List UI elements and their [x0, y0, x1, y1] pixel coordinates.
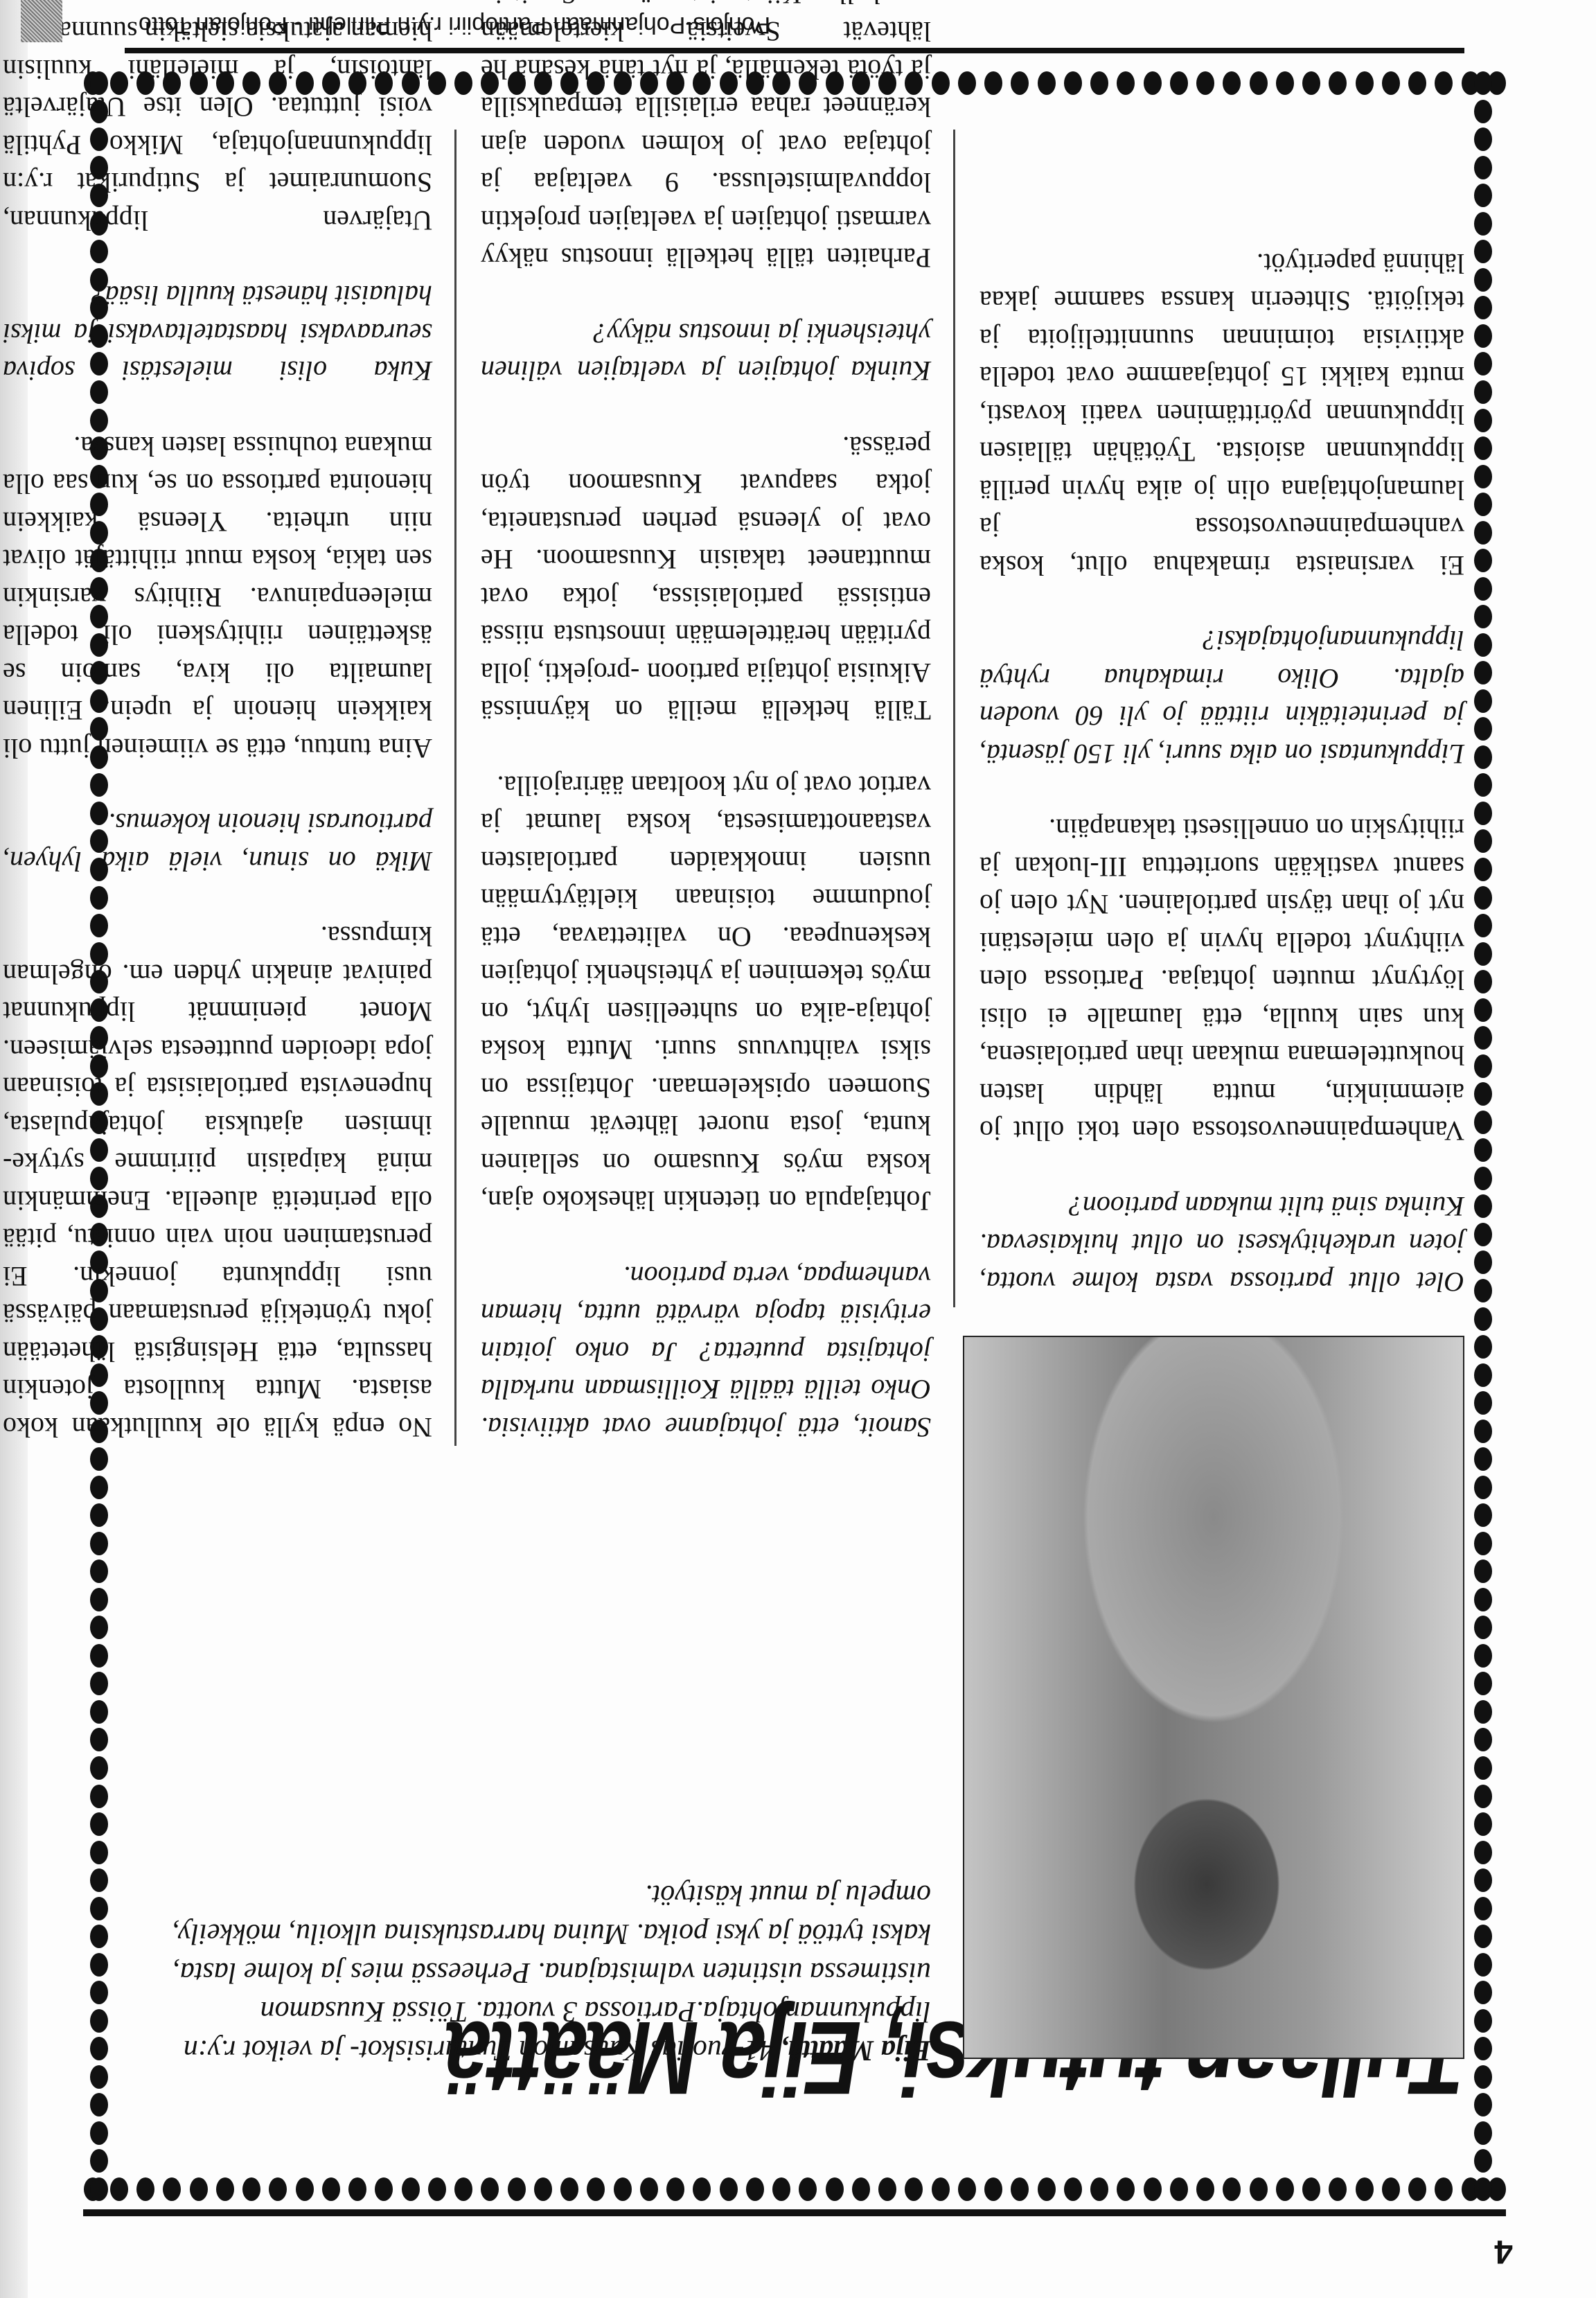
border-dot [1474, 1391, 1492, 1415]
article-intro: Eija Määttä, 41-vuotias Kuusamon Tunturi… [141, 1875, 931, 2069]
border-dot [190, 2177, 208, 2201]
border-dot [1382, 2177, 1400, 2201]
border-dot [1302, 71, 1320, 95]
border-dot [90, 1729, 108, 1752]
border-dot [984, 2177, 1002, 2201]
border-dot [1276, 2177, 1294, 2201]
border-dot [1474, 1616, 1492, 1639]
border-dot [375, 2177, 393, 2201]
border-dot [1474, 436, 1492, 460]
border-dot [1474, 1897, 1492, 1920]
border-dot [1329, 71, 1347, 95]
border-dot [348, 2177, 366, 2201]
interview-answer: Vanhempainneuvostossa olen toki ollut jo… [979, 810, 1464, 1150]
border-dot [1474, 914, 1492, 937]
border-dot [1117, 2177, 1135, 2201]
border-dot [1474, 1841, 1492, 1864]
border-dot [1170, 2177, 1188, 2201]
border-dot [1474, 1588, 1492, 1611]
border-dot [1474, 1953, 1492, 1977]
border-dot [1474, 268, 1492, 292]
border-dot [1474, 2149, 1492, 2173]
border-dot [1038, 71, 1056, 95]
border-dot [90, 1700, 108, 1724]
border-dot [1474, 156, 1492, 179]
border-dot [1474, 521, 1492, 545]
border-dot [1090, 71, 1108, 95]
border-dot [1474, 858, 1492, 881]
dotted-border-top [83, 2177, 1506, 2201]
border-dot [984, 71, 1002, 95]
interview-answer: Ei varsinaista rimakahua ollut, koska va… [979, 245, 1464, 585]
border-dot [772, 2177, 790, 2201]
top-rule [83, 2209, 1506, 2216]
border-dot [1474, 1335, 1492, 1359]
border-dot [1474, 661, 1492, 684]
border-dot [1474, 1503, 1492, 1527]
border-dot [1474, 1250, 1492, 1274]
border-dot [163, 2177, 181, 2201]
border-dot [1408, 71, 1426, 95]
border-dot [1474, 212, 1492, 236]
border-dot [90, 2037, 108, 2060]
interview-question: Kuinka johtajien ja vaeltajien välinen y… [481, 315, 931, 390]
border-dot [1474, 830, 1492, 854]
border-dot [1276, 71, 1294, 95]
border-dot [90, 1785, 108, 1808]
border-dot [878, 2177, 896, 2201]
border-dot [1408, 2177, 1426, 2201]
border-dot [1170, 71, 1188, 95]
footer-logo-badge [21, 0, 62, 42]
border-dot [852, 2177, 870, 2201]
border-dot [1474, 689, 1492, 713]
border-dot [1064, 71, 1082, 95]
border-dot [932, 2177, 950, 2201]
border-dot [1435, 71, 1453, 95]
border-dot [1474, 1476, 1492, 1499]
border-dot [1223, 2177, 1241, 2201]
border-dot [1474, 1644, 1492, 1668]
border-dot [508, 2177, 526, 2201]
border-dot [1474, 100, 1492, 123]
border-dot [534, 2177, 552, 2201]
border-dot [1474, 577, 1492, 601]
border-dot [1474, 296, 1492, 319]
border-dot [1474, 1363, 1492, 1387]
border-dot [1474, 1026, 1492, 1050]
border-dot [1474, 802, 1492, 825]
border-dot [1474, 1447, 1492, 1471]
border-dot [1474, 1981, 1492, 2004]
border-dot [90, 2149, 108, 2173]
interview-answer: No enpä kyllä ole kuullutkaan koko asias… [3, 917, 432, 1446]
border-dot [1474, 1054, 1492, 1078]
border-dot [932, 71, 950, 95]
interview-question: Sanoit, että johtajanne ovat aktiivisia.… [481, 1257, 931, 1447]
border-dot [720, 2177, 738, 2201]
border-dot [90, 2065, 108, 2089]
border-dot [1474, 1223, 1492, 1246]
border-dot [1144, 71, 1162, 95]
border-dot [269, 2177, 287, 2201]
border-dot [1474, 1279, 1492, 1302]
border-dot [90, 1981, 108, 2004]
border-dot [1474, 1307, 1492, 1331]
border-dot [90, 2009, 108, 2033]
border-dot [1474, 2037, 1492, 2060]
interview-question: Olet ollut partiossa vasta kolme vuotta,… [979, 1187, 1464, 1301]
border-dot [1356, 71, 1374, 95]
border-dot [905, 2177, 923, 2201]
border-dot [1474, 1729, 1492, 1752]
border-dot [402, 2177, 420, 2201]
border-dot [90, 2121, 108, 2145]
border-dot [1117, 71, 1135, 95]
border-dot [1474, 2065, 1492, 2089]
column-divider [454, 130, 456, 1446]
border-dot [1474, 1111, 1492, 1134]
border-dot [1474, 717, 1492, 741]
border-dot [1223, 71, 1241, 95]
border-dot [1474, 605, 1492, 628]
border-dot [799, 2177, 817, 2201]
border-dot [1011, 71, 1029, 95]
border-dot [1474, 2009, 1492, 2033]
border-dot [1474, 1167, 1492, 1190]
border-dot [90, 1672, 108, 1695]
border-dot [110, 2177, 128, 2201]
border-dot [322, 2177, 340, 2201]
border-dot [90, 1532, 108, 1555]
article-column-2: Sanoit, että johtajanne ovat aktiivisia.… [481, 0, 931, 1446]
border-dot [481, 2177, 499, 2201]
border-dot [1474, 493, 1492, 516]
border-dot [1474, 942, 1492, 966]
column-divider [953, 130, 955, 1307]
interview-answer: Johtajapula on tietenkin läheskoko ajan,… [481, 767, 931, 1220]
border-dot [1474, 380, 1492, 404]
border-dot [1474, 352, 1492, 375]
article-column-3: No enpä kyllä ole kuullutkaan koko asias… [3, 0, 432, 1446]
border-dot [1474, 1785, 1492, 1808]
border-dot [90, 2177, 108, 2201]
article-column-1: Olet ollut partiossa vasta kolme vuotta,… [979, 245, 1464, 1301]
border-dot [1474, 1925, 1492, 1948]
portrait-photo [963, 1336, 1464, 2059]
border-dot [90, 1897, 108, 1920]
border-dot [1064, 2177, 1082, 2201]
border-dot [1196, 2177, 1214, 2201]
border-dot [1382, 71, 1400, 95]
border-dot [90, 1503, 108, 1527]
interview-answer: Tällä hetkellä meillä on käynnissä Aikui… [481, 427, 931, 730]
interview-question: Mikä on sinun, vielä aika lyhyen, partio… [3, 804, 432, 880]
border-dot [136, 2177, 154, 2201]
border-dot [1474, 1812, 1492, 1836]
border-dot [90, 1644, 108, 1668]
border-dot [1474, 1138, 1492, 1162]
border-dot [1474, 71, 1492, 95]
border-dot [693, 2177, 711, 2201]
border-dot [1474, 1868, 1492, 1892]
border-dot [1474, 1756, 1492, 1780]
border-dot [958, 2177, 976, 2201]
border-dot [1474, 970, 1492, 993]
border-dot [90, 1447, 108, 1471]
border-dot [454, 2177, 472, 2201]
footer-publication: Pohjois-Pohjanmaan Partiopiiri r.y:n Pii… [139, 11, 770, 38]
border-dot [1474, 745, 1492, 769]
border-dot [1250, 71, 1268, 95]
border-dot [1474, 1559, 1492, 1583]
border-dot [1144, 2177, 1162, 2201]
border-dot [746, 2177, 764, 2201]
border-dot [1250, 2177, 1268, 2201]
interview-question: Kuka olisi mielestäsi sopiva seuraavaksi… [3, 276, 432, 390]
border-dot [1038, 2177, 1056, 2201]
border-dot [1474, 2177, 1492, 2201]
border-dot [1011, 2177, 1029, 2201]
border-dot [1474, 2121, 1492, 2145]
border-dot [1474, 886, 1492, 910]
border-dot [1090, 2177, 1108, 2201]
intro-name: Eija Määttä, [781, 2034, 931, 2066]
border-dot [958, 71, 976, 95]
border-dot [1474, 633, 1492, 657]
page-number: 4 [1494, 2232, 1513, 2270]
border-dot [90, 1841, 108, 1864]
border-dot [1474, 998, 1492, 1022]
border-dot [587, 2177, 605, 2201]
border-dot [1474, 2093, 1492, 2116]
border-dot [1474, 465, 1492, 488]
border-dot [1356, 2177, 1374, 2201]
border-dot [1474, 549, 1492, 572]
border-dot [1474, 240, 1492, 263]
border-dot [1474, 127, 1492, 151]
border-dot [90, 1588, 108, 1611]
border-dot [1474, 1532, 1492, 1555]
border-dot [1474, 1420, 1492, 1443]
border-dot [640, 2177, 658, 2201]
border-dot [90, 1925, 108, 1948]
border-dot [826, 2177, 844, 2201]
border-dot [1474, 1672, 1492, 1695]
border-dot [454, 71, 472, 95]
border-dot [1302, 2177, 1320, 2201]
border-dot [90, 1953, 108, 1977]
border-dot [216, 2177, 234, 2201]
page-footer: Pohjois-Pohjanmaan Partiopiiri r.y:n Pii… [125, 0, 1464, 53]
border-dot [1474, 1700, 1492, 1724]
border-dot [1435, 2177, 1453, 2201]
interview-question: Lippukuntasi on aika suuri, yli 150 jäse… [979, 621, 1464, 772]
border-dot [666, 2177, 684, 2201]
border-dot [90, 1476, 108, 1499]
interview-answer: Aina tuntuu, että se viimeinen juttu oli… [3, 427, 432, 768]
border-dot [1474, 1194, 1492, 1218]
border-dot [296, 2177, 314, 2201]
border-dot [90, 1812, 108, 1836]
border-dot [90, 1868, 108, 1892]
border-dot [428, 2177, 446, 2201]
border-dot [560, 2177, 578, 2201]
dotted-border-left [1474, 71, 1492, 2201]
border-dot [90, 1616, 108, 1639]
magazine-page: 4 Tullaan tutuksi, Eija Määttä Eija Määt… [0, 0, 1596, 2298]
border-dot [1474, 184, 1492, 207]
border-dot [1329, 2177, 1347, 2201]
border-dot [90, 2093, 108, 2116]
border-dot [242, 2177, 260, 2201]
border-dot [90, 1756, 108, 1780]
border-dot [90, 1559, 108, 1583]
border-dot [1474, 324, 1492, 348]
border-dot [1474, 773, 1492, 797]
border-dot [614, 2177, 632, 2201]
border-dot [1474, 1082, 1492, 1106]
border-dot [1196, 71, 1214, 95]
border-dot [1474, 409, 1492, 432]
